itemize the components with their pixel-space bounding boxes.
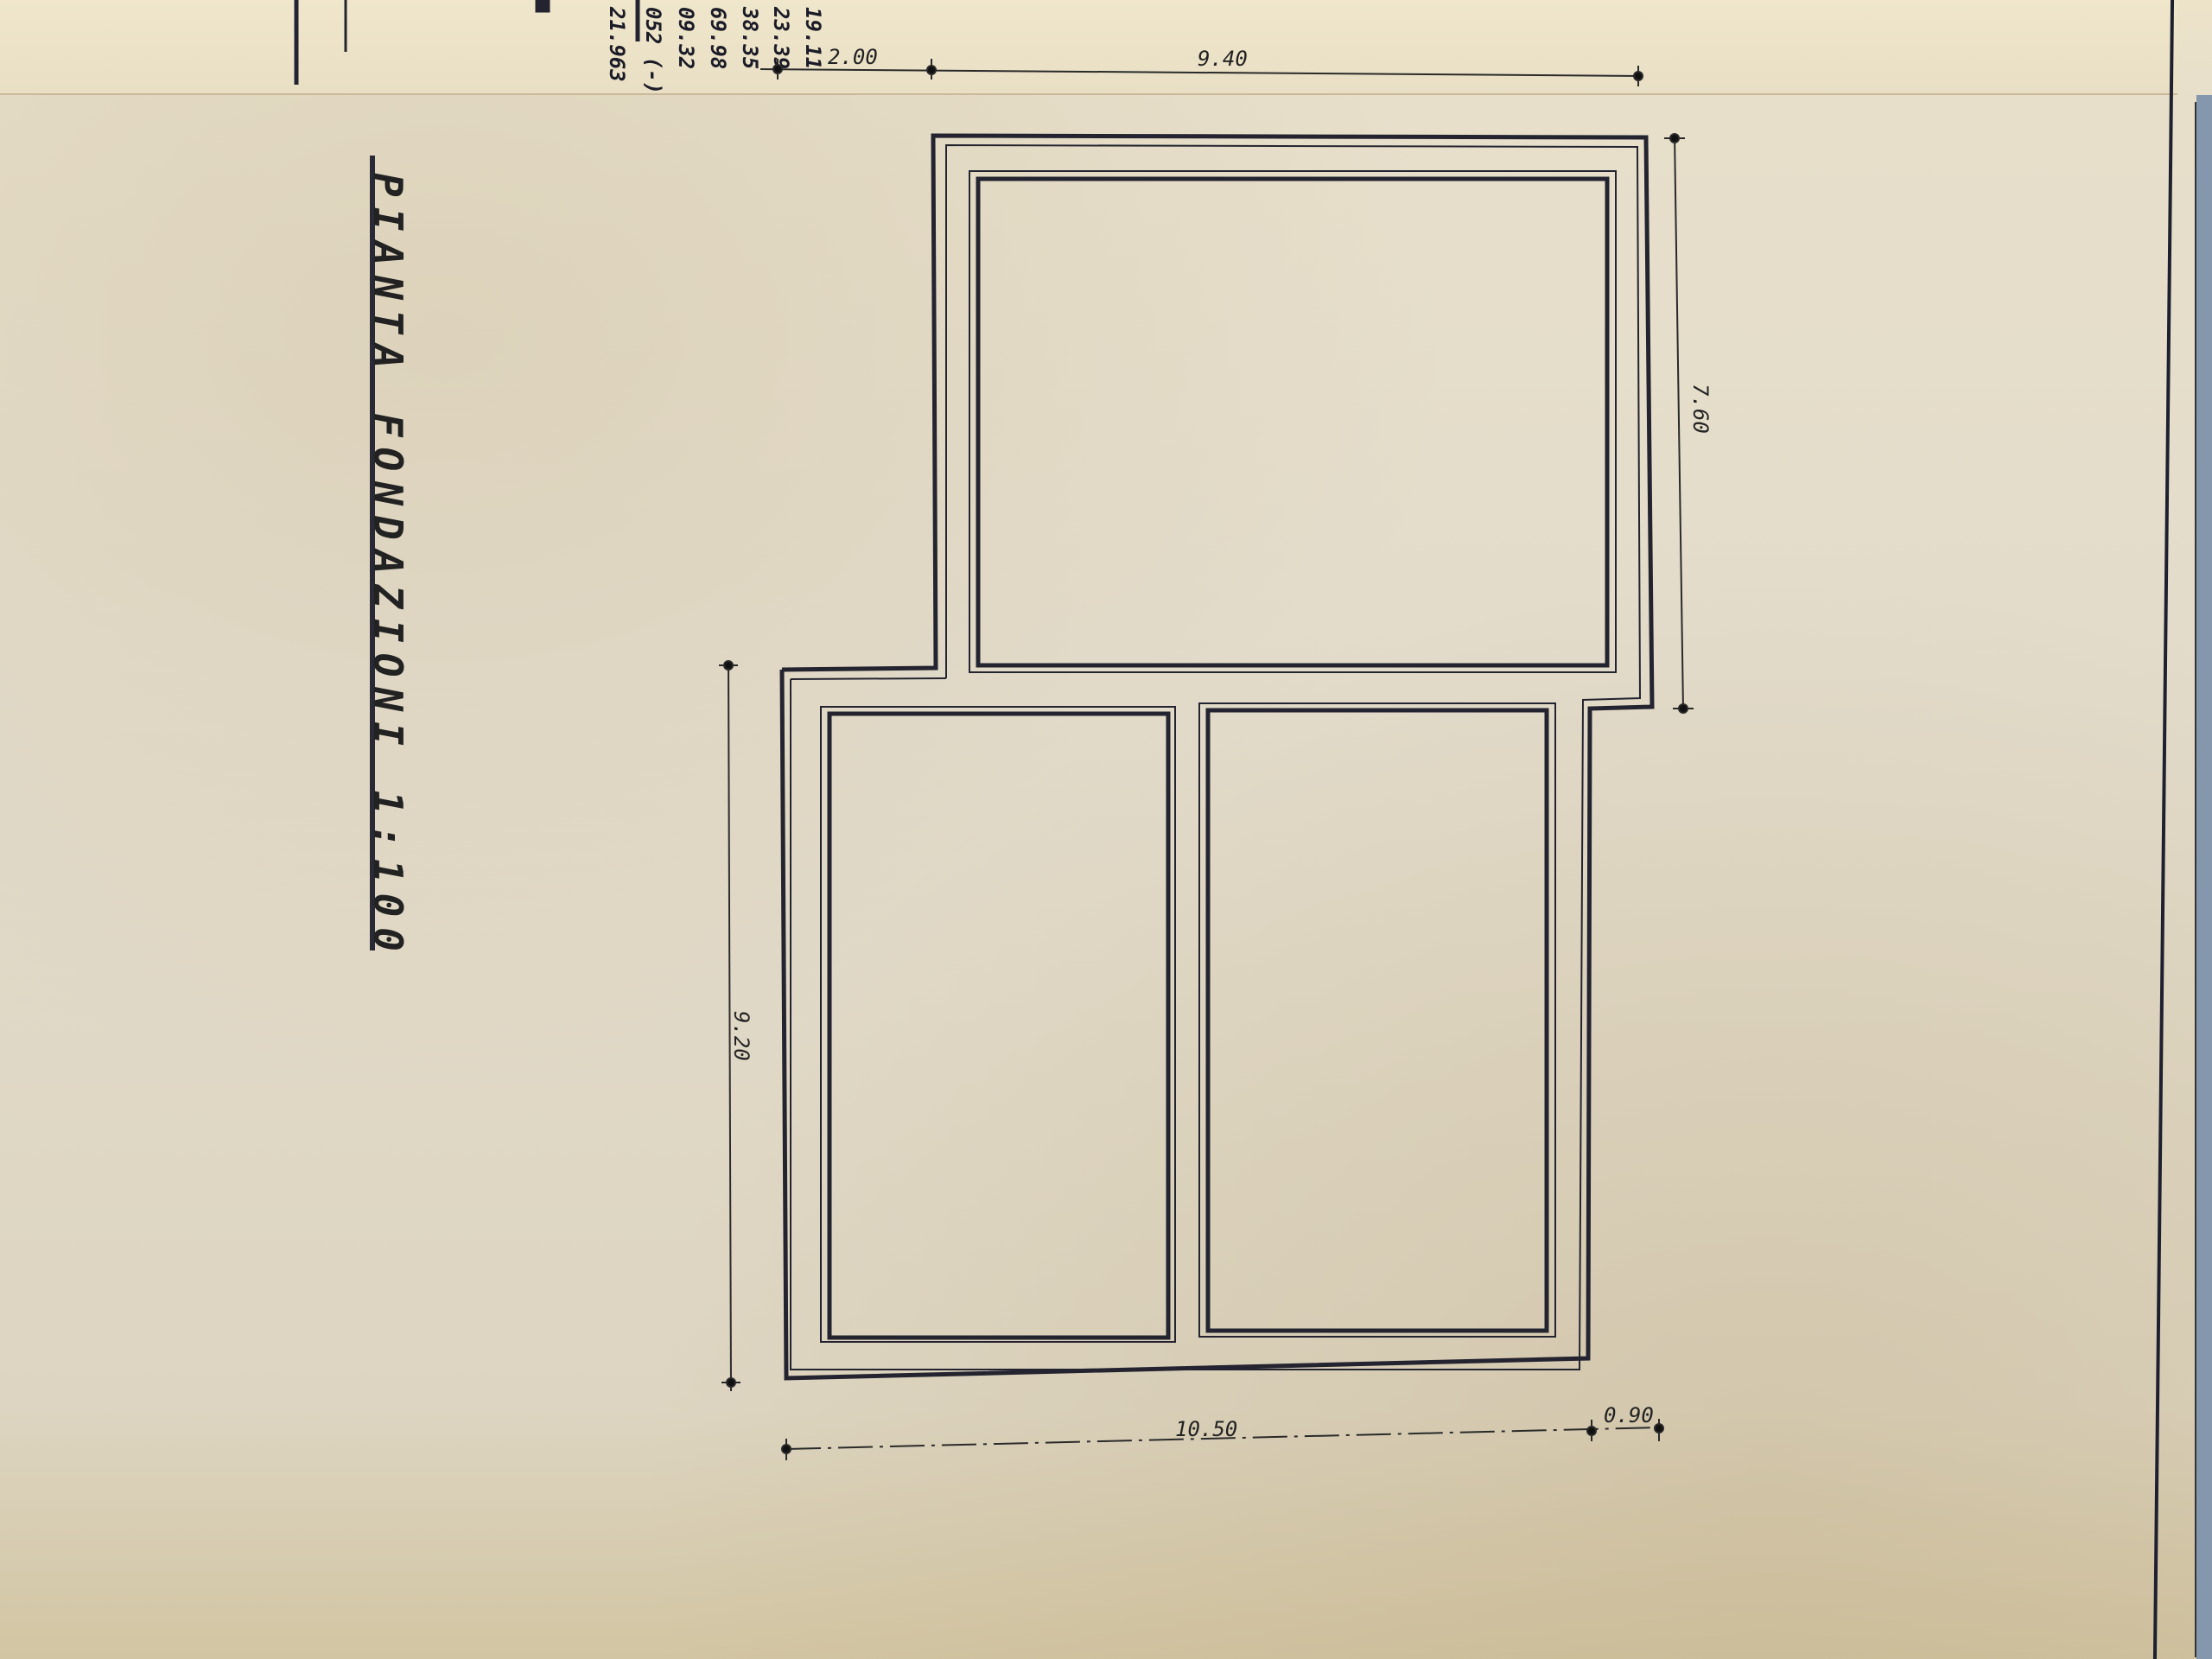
dimension-top-right: 9.40 xyxy=(1198,47,1248,71)
foundation-plan xyxy=(0,0,2212,1659)
dimension-top-left: 2.00 xyxy=(828,45,878,69)
dimension-bottom-offset: 0.90 xyxy=(1604,1403,1654,1427)
dimension-bottom-main: 10.50 xyxy=(1175,1417,1237,1441)
dimension-right: 7.60 xyxy=(1688,384,1713,434)
dimension-left: 9.20 xyxy=(729,1011,753,1061)
